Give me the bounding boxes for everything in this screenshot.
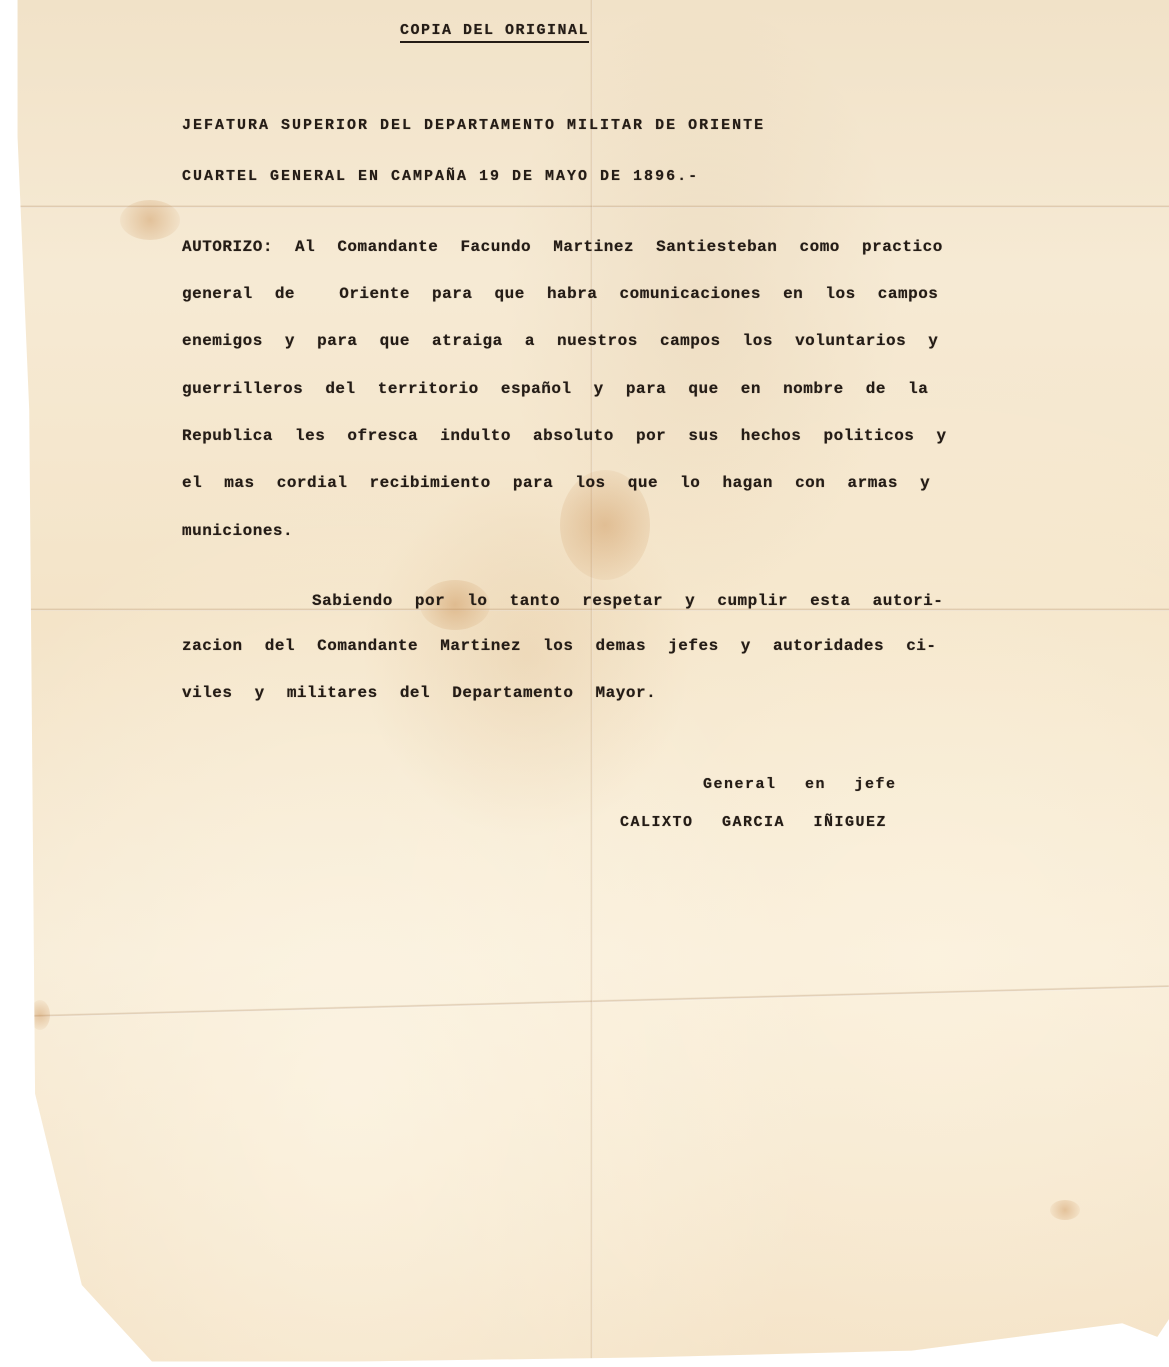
- paper-fold-line: [0, 205, 1169, 208]
- paragraph-2-line: Sabiendo por lo tanto respetar y cumplir…: [312, 592, 943, 610]
- header-line-date: CUARTEL GENERAL EN CAMPAÑA 19 DE MAYO DE…: [182, 168, 699, 185]
- paragraph-1-line: AUTORIZO: Al Comandante Facundo Martinez…: [182, 238, 943, 256]
- paragraph-1-line: municiones.: [182, 522, 293, 540]
- paragraph-2-line: zacion del Comandante Martinez los demas…: [182, 637, 937, 655]
- paragraph-1-line: el mas cordial recibimiento para los que…: [182, 474, 930, 492]
- paragraph-1-line: general de Oriente para que habra comuni…: [182, 285, 938, 303]
- paragraph-1-line: Republica les ofresca indulto absoluto p…: [182, 427, 947, 445]
- paper-stain: [120, 200, 180, 240]
- paper-stain: [30, 1000, 50, 1030]
- header-line-department: JEFATURA SUPERIOR DEL DEPARTAMENTO MILIT…: [182, 117, 765, 134]
- paragraph-1-line: enemigos y para que atraiga a nuestros c…: [182, 332, 938, 350]
- paragraph-1-line: guerrilleros del territorio español y pa…: [182, 380, 928, 398]
- paragraph-2-line: viles y militares del Departamento Mayor…: [182, 684, 656, 702]
- paper-stain: [1050, 1200, 1080, 1220]
- paper-fold-line: [0, 985, 1169, 1019]
- signature-role: General en jefe: [703, 776, 897, 793]
- document-title: COPIA DEL ORIGINAL: [400, 22, 589, 43]
- signature-name: CALIXTO GARCIA IÑIGUEZ: [620, 814, 887, 831]
